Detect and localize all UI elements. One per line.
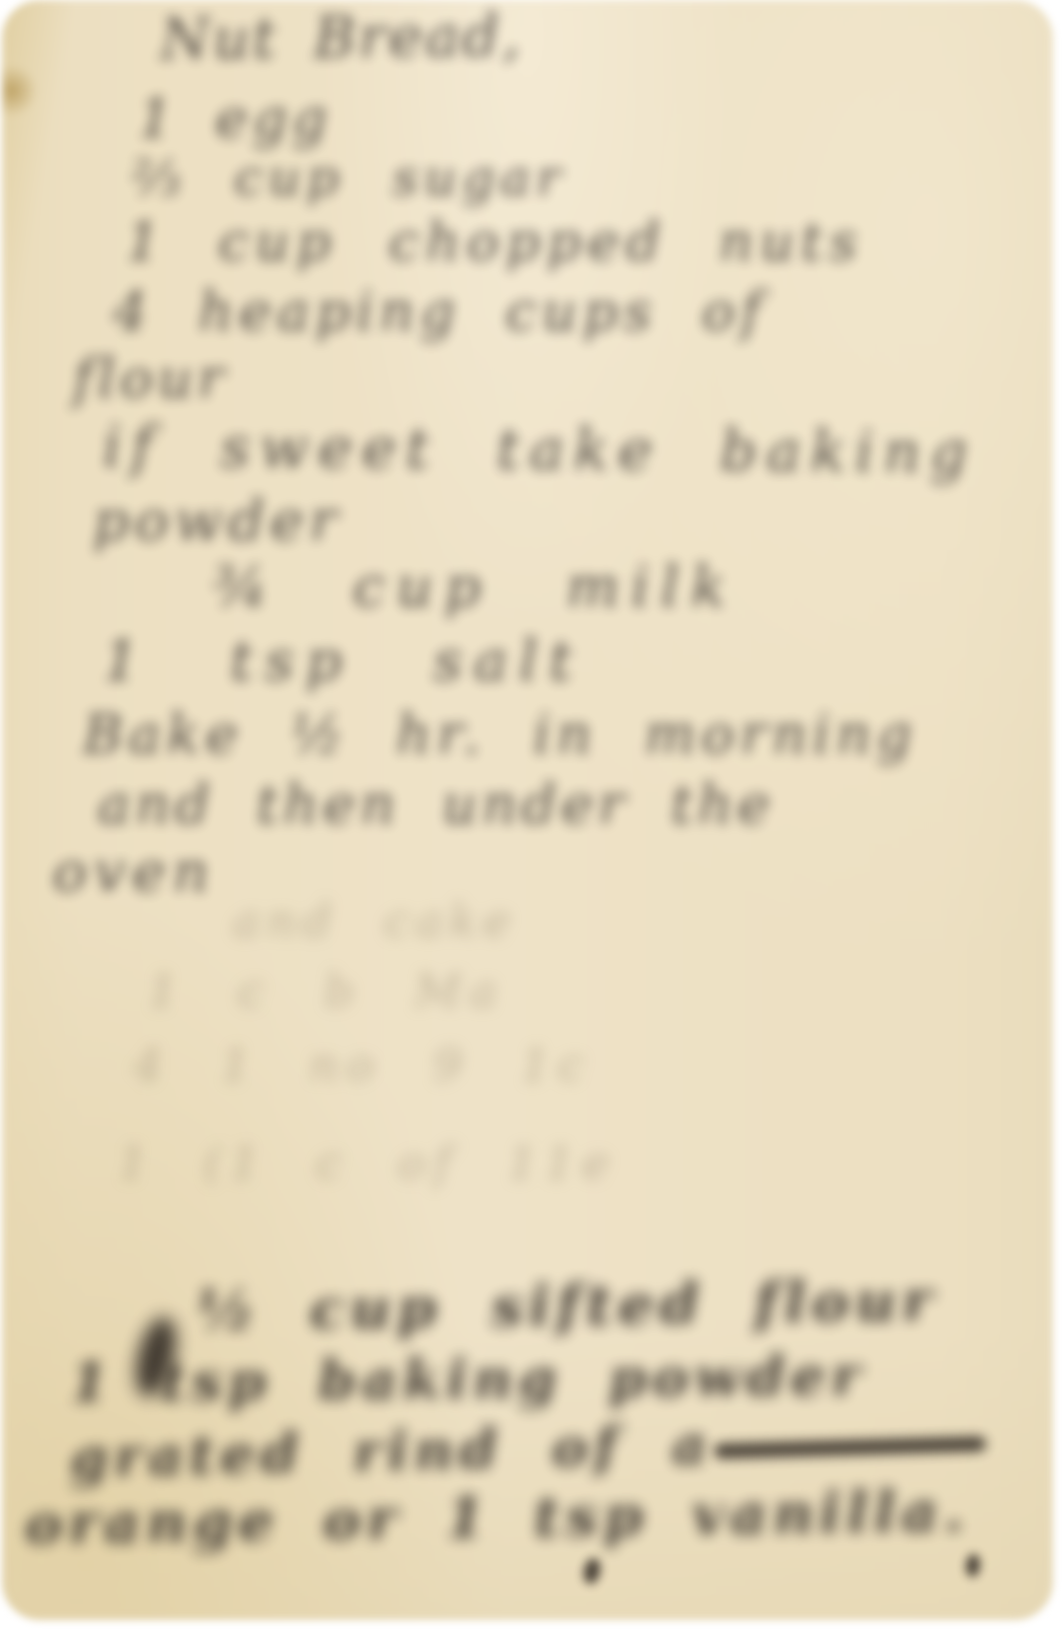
handwriting-line: oven	[53, 845, 216, 901]
handwriting-line: Bake ½ hr. in morning	[83, 708, 917, 762]
faint-pencil-line: 1 (1 c of 11e	[118, 1140, 617, 1186]
handwriting-line: and then under the	[98, 778, 775, 832]
scanned-page: Nut Bread, 1 egg ⅔ cup sugar 1 cup chopp…	[0, 0, 1062, 1629]
handwriting-line: if sweet take baking	[103, 419, 977, 482]
handwriting-line: 1 tsp baking powder	[70, 1349, 866, 1410]
faint-pencil-line: and cake	[233, 898, 516, 944]
handwriting-line: 1 egg	[138, 92, 332, 146]
handwriting-line: powder	[93, 494, 342, 550]
handwriting-line: 4 heaping cups of	[113, 285, 767, 339]
handwriting-line: orange or 1 tsp vanilla.	[25, 1483, 970, 1552]
faint-pencil-line: 1 c b Ma	[148, 968, 505, 1014]
handwriting-line: flour	[73, 352, 228, 406]
handwriting-line: 1 cup chopped nuts	[126, 216, 864, 269]
recipe-title: Nut Bread,	[160, 8, 524, 69]
handwriting-line: 1 tsp salt	[103, 634, 584, 690]
handwriting-line: ½ cup sifted flour	[196, 1273, 938, 1339]
handwriting-line: grated rind of a	[70, 1417, 714, 1484]
handwriting-line: ⅔ cup sugar	[132, 153, 566, 203]
faint-pencil-line: 4 1 no 9 1c	[133, 1042, 592, 1088]
handwriting-line: ¾ cup milk	[213, 560, 737, 616]
